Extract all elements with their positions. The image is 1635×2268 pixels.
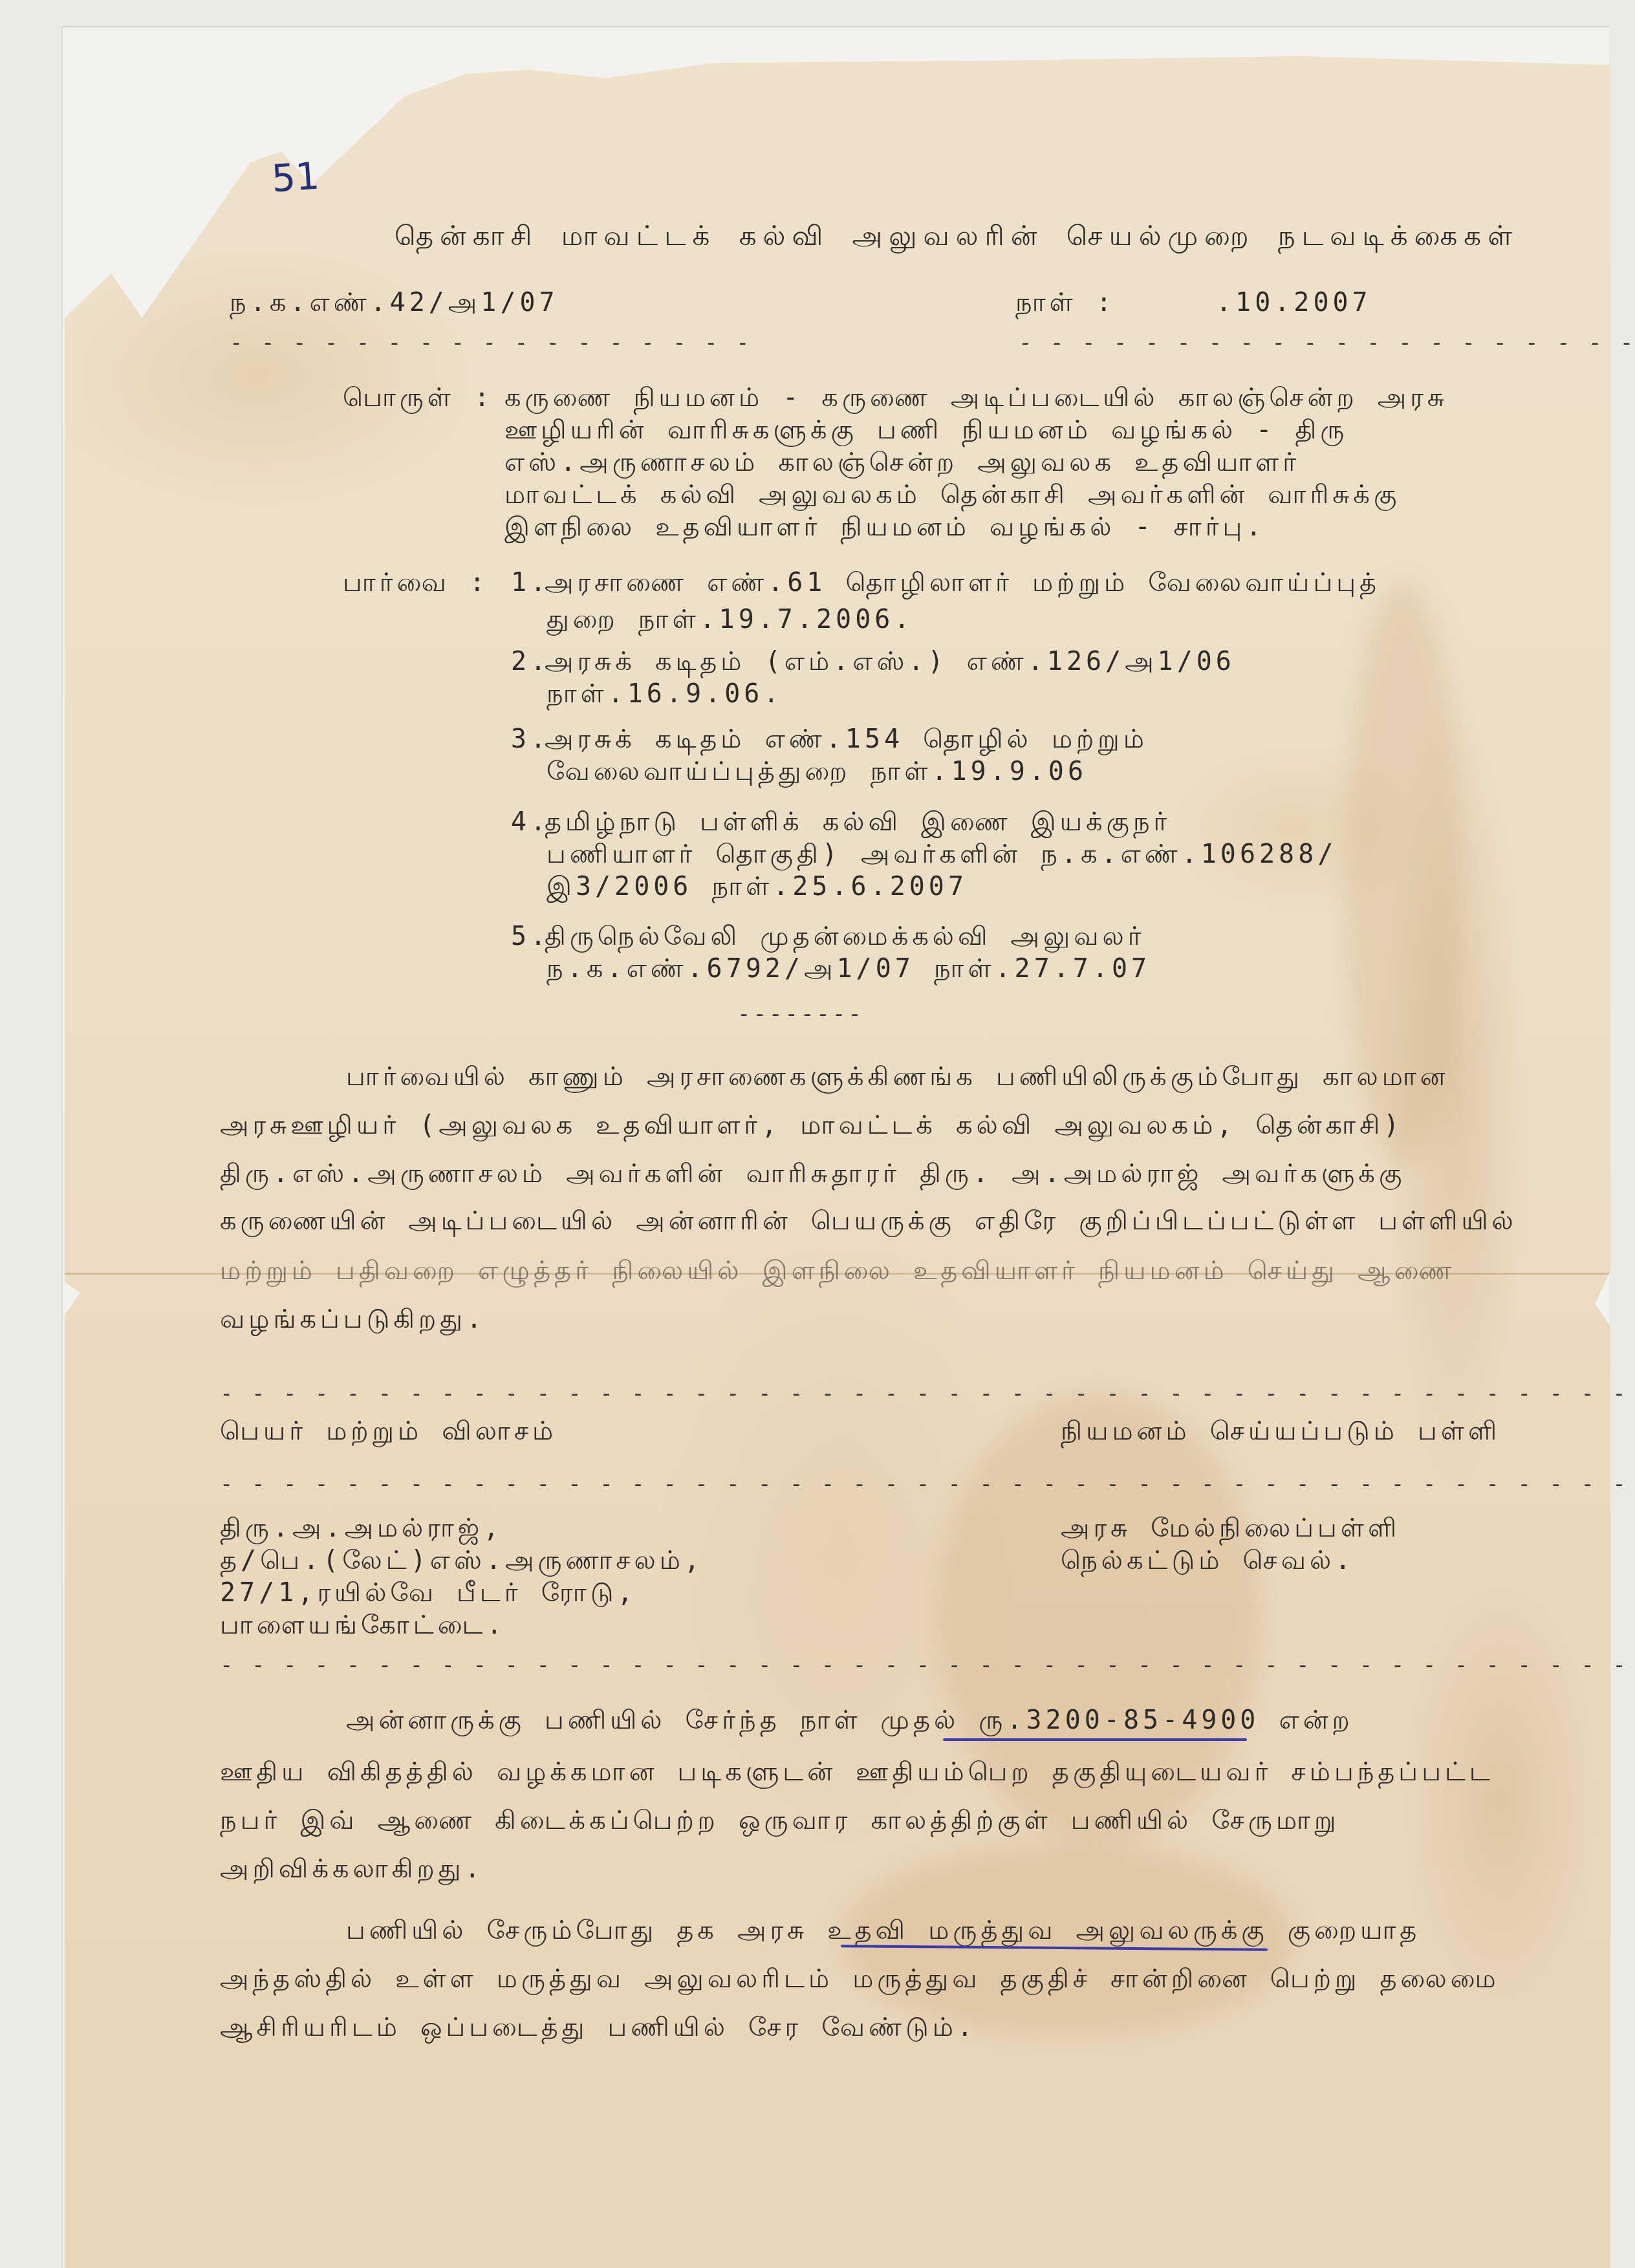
reference-text: நாள்.16.9.06.	[547, 679, 783, 712]
reference-number: ந.க.எண்.42/அ1/07	[230, 288, 559, 321]
subject-line: ஊழியரின் வாரிசுகளுக்கு பணி நியமனம் வழங்க…	[504, 415, 1348, 448]
dash-separator: - - - - - - - - - - - - - - - - -	[230, 330, 752, 356]
paragraph-line: ஊதிய விகிதத்தில் வழக்கமான படிகளுடன் ஊதிய…	[220, 1759, 1494, 1785]
dash-separator: - - - - - - - - - - - - - - - - - - - -	[1019, 330, 1635, 356]
subject-line: இளநிலை உதவியாளர் நியமனம் வழங்கல் - சார்ப…	[504, 512, 1265, 545]
paragraph-line: அன்னாருக்கு பணியில் சேர்ந்த நாள் முதல் ர…	[346, 1707, 1354, 1733]
appointee-name: திரு.அ.அமல்ராஜ்,	[220, 1513, 503, 1546]
paragraph-line: நபர் இவ் ஆணை கிடைக்கப்பெற்ற ஒருவார காலத்…	[220, 1808, 1339, 1833]
appointee-address-line: த/பெ.(லேட்)எஸ்.அருணாசலம்,	[220, 1546, 704, 1579]
reference-number: 1.	[511, 568, 545, 598]
references-label: பார்வை :	[343, 568, 489, 601]
paragraph-line-faded: மற்றும் பதிவறை எழுத்தர் நிலையில் இளநிலை …	[220, 1258, 1455, 1284]
paragraph-line: திரு.எஸ்.அருணாசலம் அவர்களின் வாரிசுதாரர்…	[220, 1161, 1405, 1187]
subject-line: எஸ்.அருணாசலம் காலஞ்சென்ற அலுவலக உதவியாளர…	[504, 448, 1300, 481]
table-rule-bottom: - - - - - - - - - - - - - - - - - - - - …	[220, 1652, 1635, 1678]
paragraph-line: பணியில் சேரும்போது தக அரசு உதவி மருத்துவ…	[346, 1917, 1420, 1943]
reference-item: 2.அரசுக் கடிதம் (எம்.எஸ்.) எண்.126/அ1/06	[511, 647, 1235, 680]
reference-text: ந.க.எண்.6792/அ1/07 நாள்.27.7.07	[547, 954, 1151, 987]
reference-item: 3.அரசுக் கடிதம் எண்.154 தொழில் மற்றும்	[511, 724, 1148, 757]
reference-item: 4.தமிழ்நாடு பள்ளிக் கல்வி இணை இயக்குநர்	[511, 807, 1171, 840]
paragraph-line: அரசுஊழியர் (அலுவலக உதவியாளர், மாவட்டக் க…	[220, 1112, 1403, 1138]
paragraph-line: அந்தஸ்தில் உள்ள மருத்துவ அலுவலரிடம் மருத…	[220, 1966, 1500, 1992]
reference-number: 4.	[511, 807, 545, 837]
subject-label: பொருள் :	[343, 383, 493, 416]
reference-number: 2.	[511, 647, 545, 676]
reference-text: வேலைவாய்ப்புத்துறை நாள்.19.9.06	[547, 757, 1087, 790]
reference-text: அரசுக் கடிதம் (எம்.எஸ்.) எண்.126/அ1/06	[545, 647, 1235, 676]
table-rule-middle: - - - - - - - - - - - - - - - - - - - - …	[220, 1471, 1635, 1497]
school-name: அரசு மேல்நிலைப்பள்ளி	[1061, 1513, 1400, 1546]
appointee-address-line: பாளையங்கோட்டை.	[220, 1610, 506, 1643]
subject-line: கருணை நியமனம் - கருணை அடிப்படையில் காலஞ்…	[504, 383, 1448, 416]
paragraph-line: பார்வையில் காணும் அரசாணைகளுக்கிணங்க பணிய…	[346, 1064, 1449, 1090]
appointee-address-line: 27/1,ரயில்வே பீடர் ரோடு,	[220, 1578, 636, 1611]
page-title: தென்காசி மாவட்டக் கல்வி அலுவலரின் செயல்ம…	[395, 220, 1519, 255]
handwritten-page-number: 51	[270, 154, 321, 201]
school-location: நெல்கட்டும் செவல்.	[1061, 1546, 1354, 1579]
reference-text: அரசாணை எண்.61 தொழிலாளர் மற்றும் வேலைவாய்…	[545, 568, 1380, 598]
paragraph-line: ஆசிரியரிடம் ஒப்படைத்து பணியில் சேர வேண்ட…	[220, 2014, 977, 2040]
reference-text: அரசுக் கடிதம் எண்.154 தொழில் மற்றும்	[545, 724, 1148, 754]
table-header-school: நியமனம் செய்யப்படும் பள்ளி	[1061, 1416, 1500, 1449]
table-header-name-address: பெயர் மற்றும் விலாசம்	[220, 1416, 557, 1449]
date-label: நாள் :	[1015, 288, 1116, 321]
reference-text: திருநெல்வேலி முதன்மைக்கல்வி அலுவலர்	[545, 922, 1145, 951]
paragraph-line: கருணையின் அடிப்படையில் அன்னாரின் பெயருக்…	[220, 1208, 1517, 1234]
reference-number: 5.	[511, 922, 545, 951]
date-value: .10.2007	[1216, 288, 1372, 318]
subject-line: மாவட்டக் கல்வி அலுவலகம் தென்காசி அவர்களி…	[504, 480, 1400, 513]
reference-number: 3.	[511, 724, 545, 754]
pen-underline-pay-scale	[943, 1738, 1247, 1741]
reference-item: 5.திருநெல்வேலி முதன்மைக்கல்வி அலுவலர்	[511, 922, 1145, 955]
reference-text: இ3/2006 நாள்.25.6.2007	[547, 872, 968, 905]
reference-separator: --------	[737, 1001, 864, 1027]
table-rule-top: - - - - - - - - - - - - - - - - - - - - …	[220, 1381, 1635, 1407]
reference-text: தமிழ்நாடு பள்ளிக் கல்வி இணை இயக்குநர்	[545, 807, 1171, 837]
reference-item: 1.அரசாணை எண்.61 தொழிலாளர் மற்றும் வேலைவா…	[511, 568, 1380, 601]
paragraph-line: வழங்கப்படுகிறது.	[220, 1306, 486, 1332]
reference-text: துறை நாள்.19.7.2006.	[547, 605, 913, 638]
paragraph-line: அறிவிக்கலாகிறது.	[220, 1856, 484, 1882]
reference-text: பணியாளர் தொகுதி) அவர்களின் ந.க.எண்.10628…	[547, 839, 1337, 872]
